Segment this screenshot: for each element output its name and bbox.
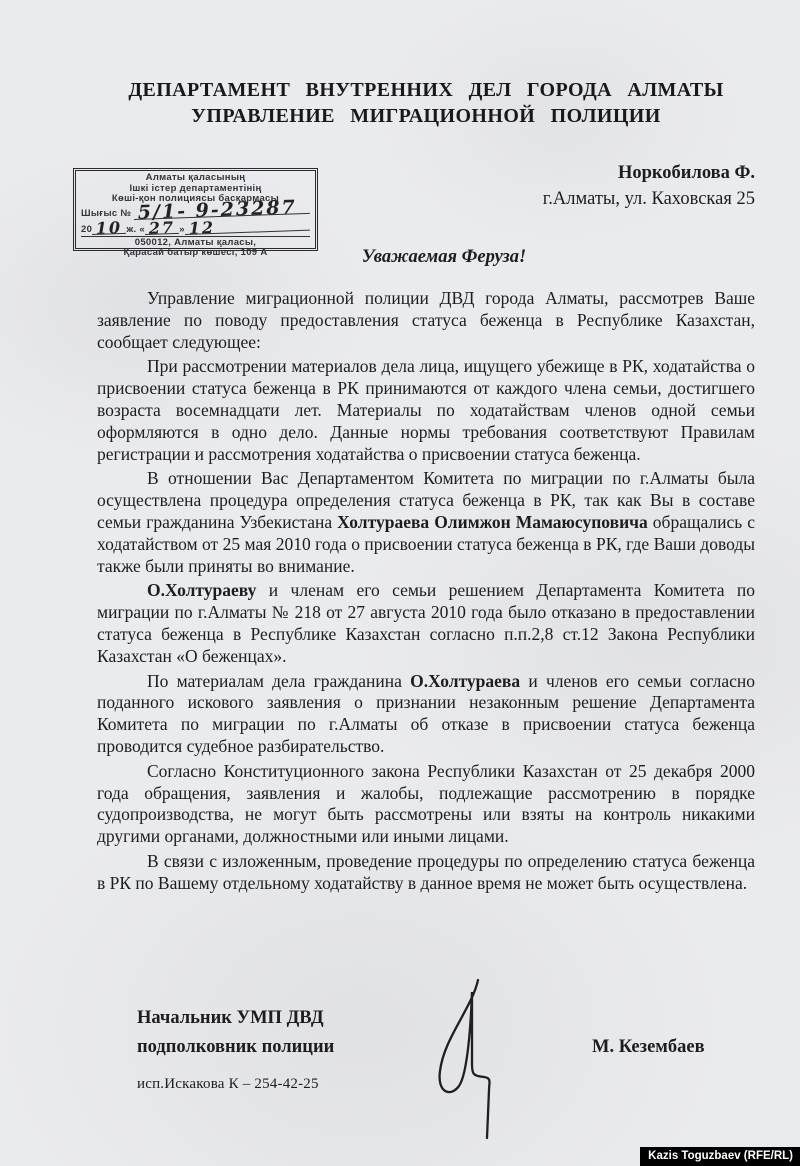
paragraph-3: В отношении Вас Департаментом Комитета п… <box>97 468 755 577</box>
scanned-letter-page: ДЕПАРТАМЕНТ ВНУТРЕННИХ ДЕЛ ГОРОДА АЛМАТЫ… <box>0 0 800 1166</box>
salutation: Уважаемая Феруза! <box>97 247 755 268</box>
stamp-date-day-handwritten: 27 <box>145 221 180 234</box>
executor-line: исп.Искакова К – 254-42-25 <box>137 1076 319 1093</box>
paragraph-1: Управление миграционной полиции ДВД горо… <box>97 288 755 353</box>
signer-position-line2: подполковник полиции <box>137 1037 334 1058</box>
text-run: В связи с изложенным, проведение процеду… <box>97 851 755 893</box>
addressee-block: Норкобилова Ф. г.Алматы, ул. Каховская 2… <box>543 160 755 212</box>
letterhead: ДЕПАРТАМЕНТ ВНУТРЕННИХ ДЕЛ ГОРОДА АЛМАТЫ… <box>97 78 755 128</box>
paragraph-5: По материалам дела гражданина О.Холтурае… <box>97 671 755 758</box>
letterhead-line2: УПРАВЛЕНИЕ МИГРАЦИОННОЙ ПОЛИЦИИ <box>97 104 755 128</box>
stamp-org-line1: Алматы қаласының <box>81 173 310 184</box>
signature-handwriting <box>428 976 508 1146</box>
registration-stamp: Алматы қаласының Ішкі істер департаменті… <box>73 168 318 251</box>
text-run: Согласно Конституционного закона Республ… <box>97 761 755 846</box>
stamp-date-month-handwritten: 12 <box>184 218 310 234</box>
signer-position-line1: Начальник УМП ДВД <box>137 1008 324 1029</box>
stamp-outgoing-label: Шығыс № <box>81 208 131 219</box>
bold-run: О.Холтураева <box>410 671 520 691</box>
letter-body: Управление миграционной полиции ДВД горо… <box>97 288 755 898</box>
paragraph-6: Согласно Конституционного закона Республ… <box>97 761 755 848</box>
paragraph-7: В связи с изложенным, проведение процеду… <box>97 851 755 895</box>
photo-credit-badge: Kazis Toguzbaev (RFE/RL) <box>640 1147 800 1166</box>
bold-run: Холтураева Олимжон Мамаюсуповича <box>337 512 648 532</box>
stamp-outgoing-row: Шығыс № 5/1- 9-23287 <box>81 204 310 219</box>
stamp-outgoing-number-handwritten: 5/1- 9-23287 <box>134 200 310 219</box>
addressee-address: г.Алматы, ул. Каховская 25 <box>543 186 755 212</box>
text-run: По материалам дела гражданина <box>147 671 410 691</box>
text-run: При рассмотрении материалов дела лица, и… <box>97 356 755 463</box>
paragraph-4: О.Холтураеву и членам его семьи решением… <box>97 580 755 667</box>
stamp-date-prefix: 20 <box>81 224 92 235</box>
stamp-date-row: 20 10 ж. « 27 » 12 <box>81 220 310 235</box>
stamp-date-year-handwritten: 10 <box>92 221 127 234</box>
stamp-date-mid: ж. « <box>126 224 145 235</box>
addressee-name: Норкобилова Ф. <box>543 160 755 186</box>
paragraph-2: При рассмотрении материалов дела лица, и… <box>97 356 755 465</box>
signer-name: М. Кезембаев <box>592 1037 705 1058</box>
text-run: Управление миграционной полиции ДВД горо… <box>97 288 755 352</box>
bold-run: О.Холтураеву <box>147 580 256 600</box>
letterhead-line1: ДЕПАРТАМЕНТ ВНУТРЕННИХ ДЕЛ ГОРОДА АЛМАТЫ <box>97 78 755 102</box>
